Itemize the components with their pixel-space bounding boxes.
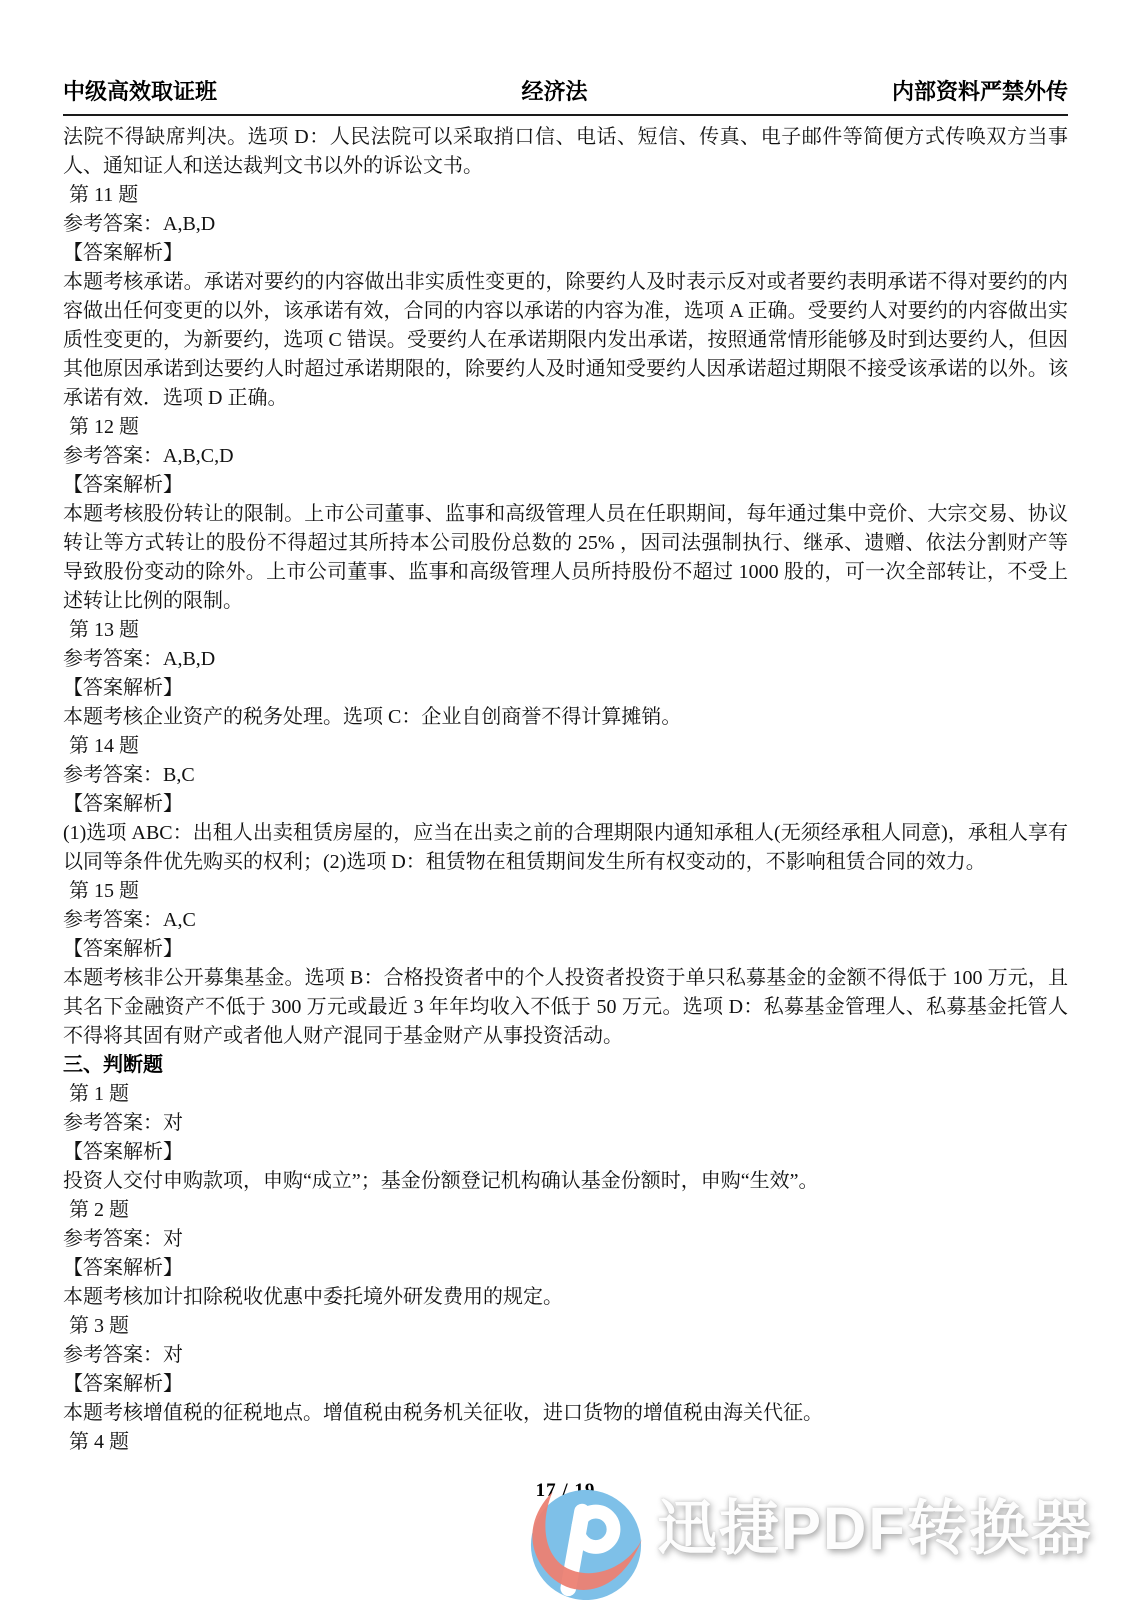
analysis-label: 【答案解析】 bbox=[63, 1370, 1068, 1399]
answer-explanation-paragraph: 投资人交付申购款项，申购“成立”；基金份额登记机构确认基金份额时，申购“生效”。 bbox=[63, 1167, 1068, 1196]
document-body: 法院不得缺席判决。选项 D：人民法院可以采取捎口信、电话、短信、传真、电子邮件等… bbox=[63, 116, 1068, 1457]
answer-explanation-paragraph: 本题考核股份转让的限制。上市公司董事、监事和高级管理人员在任职期间，每年通过集中… bbox=[63, 500, 1068, 616]
answer-explanation-paragraph: 本题考核增值税的征税地点。增值税由税务机关征收，进口货物的增值税由海关代征。 bbox=[63, 1399, 1068, 1428]
analysis-label: 【答案解析】 bbox=[63, 1254, 1068, 1283]
question-number: 第 11 题 bbox=[63, 181, 1068, 210]
question-number: 第 12 题 bbox=[63, 413, 1068, 442]
reference-answer: 参考答案：A,B,D bbox=[63, 210, 1068, 239]
analysis-label: 【答案解析】 bbox=[63, 674, 1068, 703]
header-course-title: 中级高效取证班 bbox=[63, 78, 217, 106]
answer-explanation-paragraph: 本题考核企业资产的税务处理。选项 C：企业自创商誉不得计算摊销。 bbox=[63, 703, 1068, 732]
analysis-label: 【答案解析】 bbox=[63, 935, 1068, 964]
header-subject: 经济法 bbox=[217, 78, 892, 106]
watermark: 迅捷PDF转换器 bbox=[527, 1486, 1093, 1600]
answer-explanation-paragraph: 本题考核加计扣除税收优惠中委托境外研发费用的规定。 bbox=[63, 1283, 1068, 1312]
reference-answer: 参考答案：对 bbox=[63, 1225, 1068, 1254]
section-heading-judgment: 三、判断题 bbox=[63, 1051, 1068, 1080]
question-number: 第 14 题 bbox=[63, 732, 1068, 761]
reference-answer: 参考答案：A,B,C,D bbox=[63, 442, 1068, 471]
analysis-label: 【答案解析】 bbox=[63, 239, 1068, 268]
document-page: 中级高效取证班 经济法 内部资料严禁外传 法院不得缺席判决。选项 D：人民法院可… bbox=[0, 0, 1131, 1600]
watermark-text: 迅捷PDF转换器 bbox=[657, 1499, 1093, 1587]
question-number: 第 3 题 bbox=[63, 1312, 1068, 1341]
answer-explanation-paragraph: 本题考核非公开募集基金。选项 B：合格投资者中的个人投资者投资于单只私募基金的金… bbox=[63, 964, 1068, 1051]
question-number: 第 13 题 bbox=[63, 616, 1068, 645]
reference-answer: 参考答案：对 bbox=[63, 1341, 1068, 1370]
analysis-label: 【答案解析】 bbox=[63, 790, 1068, 819]
reference-answer: 参考答案：B,C bbox=[63, 761, 1068, 790]
question-number: 第 15 题 bbox=[63, 877, 1068, 906]
page-header: 中级高效取证班 经济法 内部资料严禁外传 bbox=[63, 0, 1068, 106]
answer-explanation-paragraph: (1)选项 ABC：出租人出卖租赁房屋的，应当在出卖之前的合理期限内通知承租人(… bbox=[63, 819, 1068, 877]
analysis-label: 【答案解析】 bbox=[63, 471, 1068, 500]
question-number: 第 4 题 bbox=[63, 1428, 1068, 1457]
reference-answer: 参考答案：A,B,D bbox=[63, 645, 1068, 674]
reference-answer: 参考答案：A,C bbox=[63, 906, 1068, 935]
pdf-converter-logo-icon bbox=[527, 1486, 645, 1600]
reference-answer: 参考答案：对 bbox=[63, 1109, 1068, 1138]
header-confidential-notice: 内部资料严禁外传 bbox=[892, 78, 1068, 106]
analysis-label: 【答案解析】 bbox=[63, 1138, 1068, 1167]
answer-explanation-paragraph: 法院不得缺席判决。选项 D：人民法院可以采取捎口信、电话、短信、传真、电子邮件等… bbox=[63, 123, 1068, 181]
question-number: 第 2 题 bbox=[63, 1196, 1068, 1225]
answer-explanation-paragraph: 本题考核承诺。承诺对要约的内容做出非实质性变更的，除要约人及时表示反对或者要约表… bbox=[63, 268, 1068, 413]
question-number: 第 1 题 bbox=[63, 1080, 1068, 1109]
